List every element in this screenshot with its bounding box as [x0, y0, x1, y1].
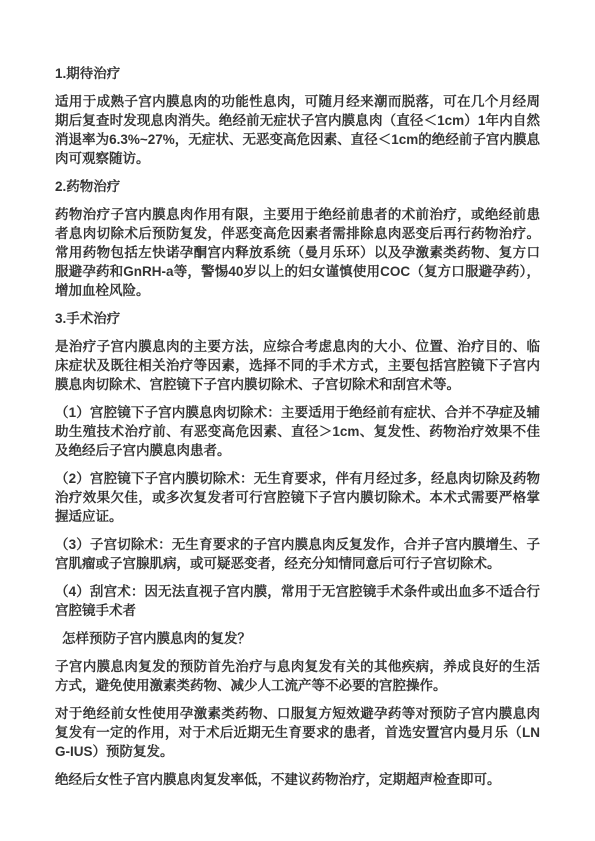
paragraph-surgical-treatment-intro: 是治疗子宫内膜息肉的主要方法，应综合考虑息肉的大小、位置、治疗目的、临床症状及既… [55, 337, 540, 394]
surgical-item-1-hysteroscopic-polypectomy: （1）宫腔镜下子宫内膜息肉切除术：主要适用于绝经前有症状、合并不孕症及辅助生殖技… [55, 403, 540, 460]
section-heading-expectant-treatment: 1.期待治疗 [55, 64, 540, 83]
section-heading-surgical-treatment: 3.手术治疗 [55, 309, 540, 328]
paragraph-prevention-general: 子宫内膜息肉复发的预防首先治疗与息肉复发有关的其他疾病，养成良好的生活方式，避免… [55, 657, 540, 695]
question-heading-prevent-recurrence: 怎样预防子宫内膜息肉的复发？ [55, 629, 540, 648]
surgical-item-2-hysteroscopic-endometrectomy: （2）宫腔镜下子宫内膜切除术：无生育要求，伴有月经过多，经息肉切除及药物治疗效果… [55, 469, 540, 526]
paragraph-prevention-premenopausal: 对于绝经前女性使用孕激素类药物、口服复方短效避孕药等对预防子宫内膜息肉复发有一定… [55, 704, 540, 761]
surgical-item-3-hysterectomy: （3）子宫切除术：无生育要求的子宫内膜息肉反复发作，合并子宫内膜增生、子宫肌瘤或… [55, 535, 540, 573]
paragraph-expectant-treatment: 适用于成熟子宫内膜息肉的功能性息肉，可随月经来潮而脱落，可在几个月经周期后复查时… [55, 92, 540, 168]
section-heading-drug-treatment: 2.药物治疗 [55, 177, 540, 196]
paragraph-prevention-postmenopausal: 绝经后女性子宫内膜息肉复发率低，不建议药物治疗，定期超声检查即可。 [55, 770, 540, 789]
surgical-item-4-curettage: （4）刮宫术：因无法直视子宫内膜，常用于无宫腔镜手术条件或出血多不适合行宫腔镜手… [55, 582, 540, 620]
paragraph-drug-treatment: 药物治疗子宫内膜息肉作用有限，主要用于绝经前患者的术前治疗，或绝经前患者息肉切除… [55, 205, 540, 300]
document-page: 1.期待治疗 适用于成熟子宫内膜息肉的功能性息肉，可随月经来潮而脱落，可在几个月… [0, 0, 595, 841]
